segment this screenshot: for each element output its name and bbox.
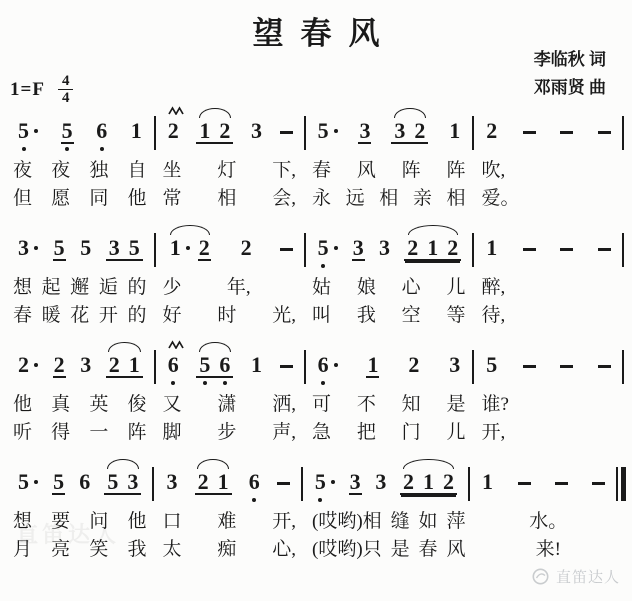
note-underline-wrap: 2 bbox=[167, 119, 180, 142]
note-digit: 3 bbox=[80, 353, 91, 376]
lyric-syllable: 夜 bbox=[51, 159, 70, 184]
lyric-syllable: 待, bbox=[482, 304, 506, 329]
music-line: 22321656161235 bbox=[8, 338, 626, 390]
augmentation-dot bbox=[34, 246, 38, 250]
note-digit: 5 bbox=[318, 119, 329, 142]
note-underline-wrap: 6 bbox=[317, 353, 330, 376]
note-underline-wrap: 6 bbox=[218, 353, 231, 376]
note: 1 bbox=[366, 353, 379, 378]
note-digit: 1 bbox=[449, 119, 460, 142]
note: 1 bbox=[169, 236, 191, 261]
note-underline-wrap: 1 bbox=[422, 470, 435, 493]
time-signature: 4 4 bbox=[58, 74, 74, 105]
lyrics-gap bbox=[620, 421, 626, 446]
credits: 李临秋 词 邓雨贤 曲 bbox=[534, 46, 606, 102]
note: 1 bbox=[481, 470, 494, 493]
note-digit: 2 bbox=[403, 470, 414, 493]
barline bbox=[304, 233, 306, 267]
note-digit: 2 bbox=[168, 119, 179, 142]
note-digit: 1 bbox=[482, 470, 493, 493]
lyric-syllable: 难 bbox=[217, 510, 236, 535]
lyric-syllable: 春 bbox=[312, 159, 331, 184]
note: 3 bbox=[393, 119, 406, 142]
note-underline-wrap: 2 bbox=[53, 353, 66, 378]
measure: 35535 bbox=[8, 236, 152, 261]
group-notes: 35 bbox=[106, 236, 143, 261]
note-underline-wrap: 2 bbox=[446, 236, 459, 259]
lyric-syllable: 娘 bbox=[357, 276, 376, 301]
note-digit: 2 bbox=[198, 470, 209, 493]
final-barline bbox=[616, 467, 626, 501]
note-underline-wrap: 1 bbox=[217, 470, 230, 493]
lyric-syllable: 相 bbox=[379, 187, 398, 212]
note: 2 bbox=[218, 119, 231, 142]
lyric-syllable: 吹, bbox=[482, 159, 506, 184]
augmentation-dot bbox=[331, 480, 335, 484]
lyric-syllable: 门 bbox=[402, 421, 421, 446]
lyric-syllable: 真 bbox=[51, 393, 70, 418]
note-underline-wrap: 5 bbox=[198, 353, 211, 376]
note-underline-wrap: 1 bbox=[250, 353, 263, 376]
group-notes: 212 bbox=[400, 470, 457, 495]
lyric-syllable: 不 bbox=[357, 393, 376, 418]
note-group-slurred: 212 bbox=[400, 470, 457, 495]
octave-dot bbox=[100, 147, 104, 151]
note-underline-wrap: 2 bbox=[402, 470, 415, 493]
note-digit: 2 bbox=[18, 353, 29, 376]
note: 5 bbox=[198, 353, 211, 376]
note: 2 bbox=[240, 236, 253, 259]
note-digit: 1 bbox=[427, 236, 438, 259]
note-underline-wrap: 3 bbox=[349, 470, 362, 495]
lyrics-cell: 常相会, bbox=[158, 187, 302, 212]
note: 3 bbox=[17, 236, 39, 259]
note: 1 bbox=[485, 236, 498, 259]
barline bbox=[472, 116, 474, 150]
note-group-slurred: 32 bbox=[391, 119, 428, 144]
lyrics-row: 但愿同他常相会,永远相亲相爱。 bbox=[8, 187, 626, 212]
mordent-icon bbox=[168, 106, 184, 115]
barline bbox=[152, 467, 154, 501]
note-group-slurred: 21 bbox=[195, 470, 232, 495]
note: 3 bbox=[250, 119, 263, 142]
note: 3 bbox=[352, 236, 365, 261]
publisher-watermark: 直笛达人 bbox=[531, 566, 620, 587]
note: 3 bbox=[358, 119, 371, 144]
group-notes: 56 bbox=[196, 353, 233, 378]
note-digit: 6 bbox=[168, 353, 179, 376]
note-digit: 5 bbox=[486, 353, 497, 376]
barline bbox=[154, 233, 156, 267]
note: 6 bbox=[218, 353, 231, 376]
note-underline-wrap: 3 bbox=[352, 236, 365, 261]
octave-dot bbox=[223, 381, 227, 385]
augmentation-dot bbox=[334, 246, 338, 250]
lyric-syllable: 痴 bbox=[217, 538, 236, 563]
measure: 5561 bbox=[8, 119, 152, 144]
note: 2 bbox=[17, 353, 39, 376]
note-underline-wrap: 6 bbox=[167, 353, 180, 376]
note-underline-wrap: 5 bbox=[317, 236, 330, 259]
note-digit: 3 bbox=[379, 236, 390, 259]
lyric-syllable: 开 bbox=[99, 304, 118, 329]
note: 5 bbox=[17, 119, 39, 142]
note-digit: 1 bbox=[251, 353, 262, 376]
group-notes: 212 bbox=[404, 236, 461, 261]
lyrics-gap bbox=[620, 393, 626, 418]
lyrics-cell: 脚步声, bbox=[158, 421, 302, 446]
duration-dash bbox=[555, 482, 568, 485]
note-digit: 2 bbox=[199, 236, 210, 259]
note-digit: 3 bbox=[18, 236, 29, 259]
measure: 533212 bbox=[308, 236, 471, 261]
faint-watermark: 直笛达人 bbox=[16, 518, 120, 549]
lyric-syllable: 步 bbox=[217, 421, 236, 446]
lyric-syllable: 愿 bbox=[51, 187, 70, 212]
lyric-syllable: 他 bbox=[13, 393, 32, 418]
note: 2 bbox=[53, 353, 66, 378]
group-notes: 21 bbox=[106, 353, 143, 378]
note: 5 bbox=[106, 470, 119, 493]
note-underline-wrap: 2 bbox=[413, 119, 426, 142]
duration-dash bbox=[523, 131, 536, 134]
composer-credit: 邓雨贤 曲 bbox=[534, 74, 606, 102]
augmentation-dot bbox=[334, 129, 338, 133]
note: 2 bbox=[198, 236, 211, 261]
lyric-syllable: 姑 bbox=[312, 276, 331, 301]
note-group-slurred: 56 bbox=[196, 353, 233, 378]
time-signature-top: 4 bbox=[58, 74, 74, 90]
note-digit: 5 bbox=[129, 236, 140, 259]
note-group-slurred: 12 bbox=[167, 236, 213, 261]
measure: 122 bbox=[158, 236, 302, 261]
lyrics-row: 春暖花开的好时光,叫我空等待, bbox=[8, 304, 626, 329]
augmentation-dot bbox=[34, 363, 38, 367]
note-digit: 5 bbox=[54, 236, 65, 259]
note: 2 bbox=[406, 236, 419, 259]
note: 5 bbox=[317, 119, 339, 142]
publisher-watermark-label: 直笛达人 bbox=[556, 566, 620, 587]
lyric-syllable: 俊 bbox=[127, 393, 146, 418]
lyric-syllable: 谁? bbox=[482, 393, 509, 418]
lyric-syllable: 想 bbox=[13, 276, 32, 301]
lyric-syllable: 花 bbox=[70, 304, 89, 329]
duration-dash bbox=[518, 482, 531, 485]
note-digit: 5 bbox=[62, 119, 73, 142]
duration-dash bbox=[598, 365, 611, 368]
lyrics-cell: 太痴心, bbox=[158, 538, 302, 563]
note-digit: 3 bbox=[127, 470, 138, 493]
group-notes: 12 bbox=[167, 236, 213, 261]
lyrics-cell: 少年, bbox=[158, 276, 302, 301]
note: 6 bbox=[78, 470, 91, 493]
note-underline-wrap: 2 bbox=[240, 236, 253, 259]
lyric-syllable: 独 bbox=[89, 159, 108, 184]
note-underline-wrap: 2 bbox=[108, 353, 121, 376]
lyric-syllable: 知 bbox=[402, 393, 421, 418]
lyric-syllable: 缝 bbox=[391, 510, 410, 535]
note: 6 bbox=[248, 470, 261, 493]
note: 6 bbox=[95, 119, 108, 142]
octave-dot bbox=[318, 498, 322, 502]
barline bbox=[622, 233, 624, 267]
note-digit: 5 bbox=[315, 470, 326, 493]
duration-dash bbox=[523, 248, 536, 251]
lyrics-cell: 又潇洒, bbox=[158, 393, 302, 418]
note: 1 bbox=[250, 353, 263, 376]
lyric-syllable: 心, bbox=[272, 538, 296, 563]
note-digit: 2 bbox=[407, 236, 418, 259]
lyric-syllable: 又 bbox=[163, 393, 182, 418]
score: 55612123533212夜夜独自坐灯下,春风阵阵吹,但愿同他常相会,永远相亲… bbox=[8, 104, 626, 572]
note: 2 bbox=[485, 119, 498, 142]
note-digit: 5 bbox=[18, 470, 29, 493]
lyrics-row: 听得一阵脚步声,急把门儿开, bbox=[8, 421, 626, 446]
octave-dot bbox=[65, 147, 69, 151]
lyrics-cell: 永远相亲相 bbox=[307, 187, 471, 212]
note: 3 bbox=[448, 353, 461, 376]
barline bbox=[154, 350, 156, 384]
lyric-syllable: 春 bbox=[13, 304, 32, 329]
lyric-syllable: 他 bbox=[127, 510, 146, 535]
lyrics-cell: 但愿同他 bbox=[8, 187, 152, 212]
note-digit: 2 bbox=[408, 353, 419, 376]
note-digit: 1 bbox=[218, 470, 229, 493]
key-signature: 1=F 4 4 bbox=[10, 74, 73, 105]
lyric-syllable: 我 bbox=[357, 304, 376, 329]
lyric-syllable: 春 bbox=[419, 538, 438, 563]
note-digit: 2 bbox=[443, 470, 454, 493]
barline bbox=[304, 350, 306, 384]
octave-dot bbox=[252, 498, 256, 502]
lyric-syllable: 自 bbox=[127, 159, 146, 184]
lyric-syllable: 好 bbox=[163, 304, 182, 329]
note: 6 bbox=[317, 353, 339, 376]
lyric-syllable: 叫 bbox=[312, 304, 331, 329]
duration-dash bbox=[280, 365, 293, 368]
note-digit: 2 bbox=[241, 236, 252, 259]
note-underline-wrap: 3 bbox=[448, 353, 461, 376]
lyric-syllable: 远 bbox=[346, 187, 365, 212]
measure: 22321 bbox=[8, 353, 152, 378]
lyrics-gap bbox=[620, 304, 626, 329]
duration-dash bbox=[560, 248, 573, 251]
note-digit: 6 bbox=[79, 470, 90, 493]
note: 2 bbox=[413, 119, 426, 142]
octave-dot bbox=[321, 264, 325, 268]
note-digit: 3 bbox=[449, 353, 460, 376]
note-digit: 3 bbox=[394, 119, 405, 142]
note-underline-wrap: 5 bbox=[314, 470, 327, 493]
lyrics-cell: 春风阵阵 bbox=[307, 159, 471, 184]
note-digit: 5 bbox=[318, 236, 329, 259]
note-underline-wrap: 5 bbox=[17, 470, 30, 493]
note-underline-wrap: 5 bbox=[52, 470, 65, 495]
note: 3 bbox=[349, 470, 362, 495]
measure: 6561 bbox=[158, 353, 302, 378]
note: 1 bbox=[217, 470, 230, 493]
music-line: 55612123533212 bbox=[8, 104, 626, 156]
system: 55612123533212夜夜独自坐灯下,春风阵阵吹,但愿同他常相会,永远相亲… bbox=[8, 104, 626, 212]
lyric-syllable: 英 bbox=[89, 393, 108, 418]
system: 355351225332121想起邂逅的少年,姑娘心儿醉,春暖花开的好时光,叫我… bbox=[8, 221, 626, 329]
barline-thick bbox=[621, 467, 626, 501]
note-digit: 3 bbox=[353, 236, 364, 259]
note-digit: 6 bbox=[249, 470, 260, 493]
lyrics-cell: 水。 bbox=[477, 510, 621, 535]
lyrics-row: 他真英俊又潇洒,可不知是谁? bbox=[8, 393, 626, 418]
lyric-syllable: 一 bbox=[89, 421, 108, 446]
lyrics-cell: 好时光, bbox=[158, 304, 302, 329]
note: 3 bbox=[165, 470, 178, 493]
note-underline-wrap: 3 bbox=[108, 236, 121, 259]
lyrics-cell: 姑娘心儿 bbox=[307, 276, 471, 301]
lyric-syllable: 脚 bbox=[163, 421, 182, 446]
duration-dash bbox=[277, 482, 290, 485]
lyrics-gap bbox=[620, 538, 626, 563]
measure: 2 bbox=[476, 119, 620, 142]
lyric-syllable: 得 bbox=[51, 421, 70, 446]
duration-dash bbox=[280, 131, 293, 134]
lyric-syllable: 光, bbox=[272, 304, 296, 329]
lyric-syllable: 如 bbox=[419, 510, 438, 535]
lyrics-cell: 吹, bbox=[477, 159, 621, 184]
system: 22321656161235他真英俊又潇洒,可不知是谁?听得一阵脚步声,急把门儿… bbox=[8, 338, 626, 446]
lyric-syllable: 阵 bbox=[127, 421, 146, 446]
measure: 2123 bbox=[158, 119, 302, 144]
note-digit: 3 bbox=[350, 470, 361, 493]
augmentation-dot bbox=[186, 246, 190, 250]
note: 3 bbox=[378, 236, 391, 259]
note: 3 bbox=[108, 236, 121, 259]
note-underline-wrap: 3 bbox=[126, 470, 139, 493]
lyric-syllable: 亲 bbox=[413, 187, 432, 212]
note-group-slurred: 212 bbox=[404, 236, 461, 261]
note: 2 bbox=[197, 470, 210, 493]
lyric-syllable: 阵 bbox=[446, 159, 465, 184]
lyrics-cell: 可不知是 bbox=[307, 393, 471, 418]
lyric-syllable: 听 bbox=[13, 421, 32, 446]
lyric-syllable: 年, bbox=[227, 276, 251, 301]
lyric-syllable: 潇 bbox=[217, 393, 236, 418]
note-underline-wrap: 3 bbox=[358, 119, 371, 144]
note-digit: 2 bbox=[486, 119, 497, 142]
note-underline-wrap: 1 bbox=[130, 119, 143, 142]
augmentation-dot bbox=[34, 129, 38, 133]
note: 5 bbox=[53, 236, 66, 261]
note-underline-wrap: 5 bbox=[61, 119, 74, 144]
note: 2 bbox=[442, 470, 455, 493]
lyric-syllable: 他 bbox=[127, 187, 146, 212]
lyrics-cell: 待, bbox=[477, 304, 621, 329]
note-underline-wrap: 2 bbox=[407, 353, 420, 376]
measure: 1 bbox=[472, 470, 614, 493]
lyrics-cell: 爱。 bbox=[477, 187, 621, 212]
lyric-syllable: (哎哟)只 bbox=[312, 538, 382, 563]
lyric-syllable: 萍 bbox=[447, 510, 466, 535]
augmentation-dot bbox=[34, 480, 38, 484]
lyric-syllable: 邂 bbox=[70, 276, 89, 301]
lyric-syllable: 时 bbox=[217, 304, 236, 329]
lyric-syllable: 永 bbox=[312, 187, 331, 212]
duration-dash bbox=[592, 482, 605, 485]
note-underline-wrap: 5 bbox=[79, 236, 92, 259]
lyric-syllable: 洒, bbox=[272, 393, 296, 418]
note-group-slurred: 12 bbox=[196, 119, 233, 144]
note: 1 bbox=[198, 119, 211, 142]
group-notes: 53 bbox=[104, 470, 141, 495]
lyrics-gap bbox=[620, 510, 626, 535]
lyrics-cell: 急把门儿 bbox=[307, 421, 471, 446]
note-underline-wrap: 2 bbox=[198, 236, 211, 261]
lyric-syllable: 口 bbox=[163, 510, 182, 535]
lyric-syllable: 心 bbox=[402, 276, 421, 301]
note-digit: 2 bbox=[414, 119, 425, 142]
note-digit: 2 bbox=[447, 236, 458, 259]
note-underline-wrap: 5 bbox=[17, 119, 30, 142]
note: 2 bbox=[108, 353, 121, 376]
measure: 6123 bbox=[308, 353, 471, 378]
lyric-syllable: 下, bbox=[272, 159, 296, 184]
lyric-syllable: 常 bbox=[163, 187, 182, 212]
octave-dot bbox=[171, 381, 175, 385]
note-underline-wrap: 2 bbox=[406, 236, 419, 259]
note-digit: 1 bbox=[129, 353, 140, 376]
group-notes: 12 bbox=[196, 119, 233, 144]
note-group-beamed: 35 bbox=[106, 236, 143, 261]
note: 5 bbox=[61, 119, 74, 144]
lyric-syllable: 爱。 bbox=[482, 187, 520, 212]
barline bbox=[622, 116, 624, 150]
lyric-syllable: 儿 bbox=[446, 421, 465, 446]
lyric-syllable: 可 bbox=[312, 393, 331, 418]
lyrics-cell: 口难开, bbox=[158, 510, 302, 535]
octave-dot bbox=[203, 381, 207, 385]
note-digit: 6 bbox=[96, 119, 107, 142]
duration-dash bbox=[560, 365, 573, 368]
lyric-syllable: (哎哟)相 bbox=[312, 510, 382, 535]
lyricist-credit: 李临秋 词 bbox=[534, 46, 606, 74]
lyrics-row: 想起邂逅的少年,姑娘心儿醉, bbox=[8, 276, 626, 301]
measure: 1 bbox=[476, 236, 620, 259]
note-digit: 5 bbox=[18, 119, 29, 142]
note-digit: 5 bbox=[80, 236, 91, 259]
lyric-syllable: 醉, bbox=[482, 276, 506, 301]
augmentation-dot bbox=[334, 363, 338, 367]
note-digit: 1 bbox=[199, 119, 210, 142]
note-digit: 3 bbox=[109, 236, 120, 259]
note-digit: 6 bbox=[318, 353, 329, 376]
note: 5 bbox=[52, 470, 65, 495]
lyric-syllable: 夜 bbox=[13, 159, 32, 184]
barline bbox=[154, 116, 156, 150]
lyric-syllable: 会, bbox=[272, 187, 296, 212]
barline bbox=[472, 350, 474, 384]
note-digit: 1 bbox=[423, 470, 434, 493]
note-underline-wrap: 1 bbox=[198, 119, 211, 142]
lyric-syllable: 相 bbox=[447, 187, 466, 212]
lyric-syllable: 暖 bbox=[42, 304, 61, 329]
lyrics-cell: 谁? bbox=[477, 393, 621, 418]
note-underline-wrap: 6 bbox=[95, 119, 108, 142]
note-underline-wrap: 3 bbox=[378, 236, 391, 259]
note-digit: 1 bbox=[367, 353, 378, 376]
lyric-syllable: 等 bbox=[446, 304, 465, 329]
note: 5 bbox=[485, 353, 498, 376]
note-underline-wrap: 5 bbox=[106, 470, 119, 493]
note-underline-wrap: 1 bbox=[485, 236, 498, 259]
measure: 5 bbox=[476, 353, 620, 376]
